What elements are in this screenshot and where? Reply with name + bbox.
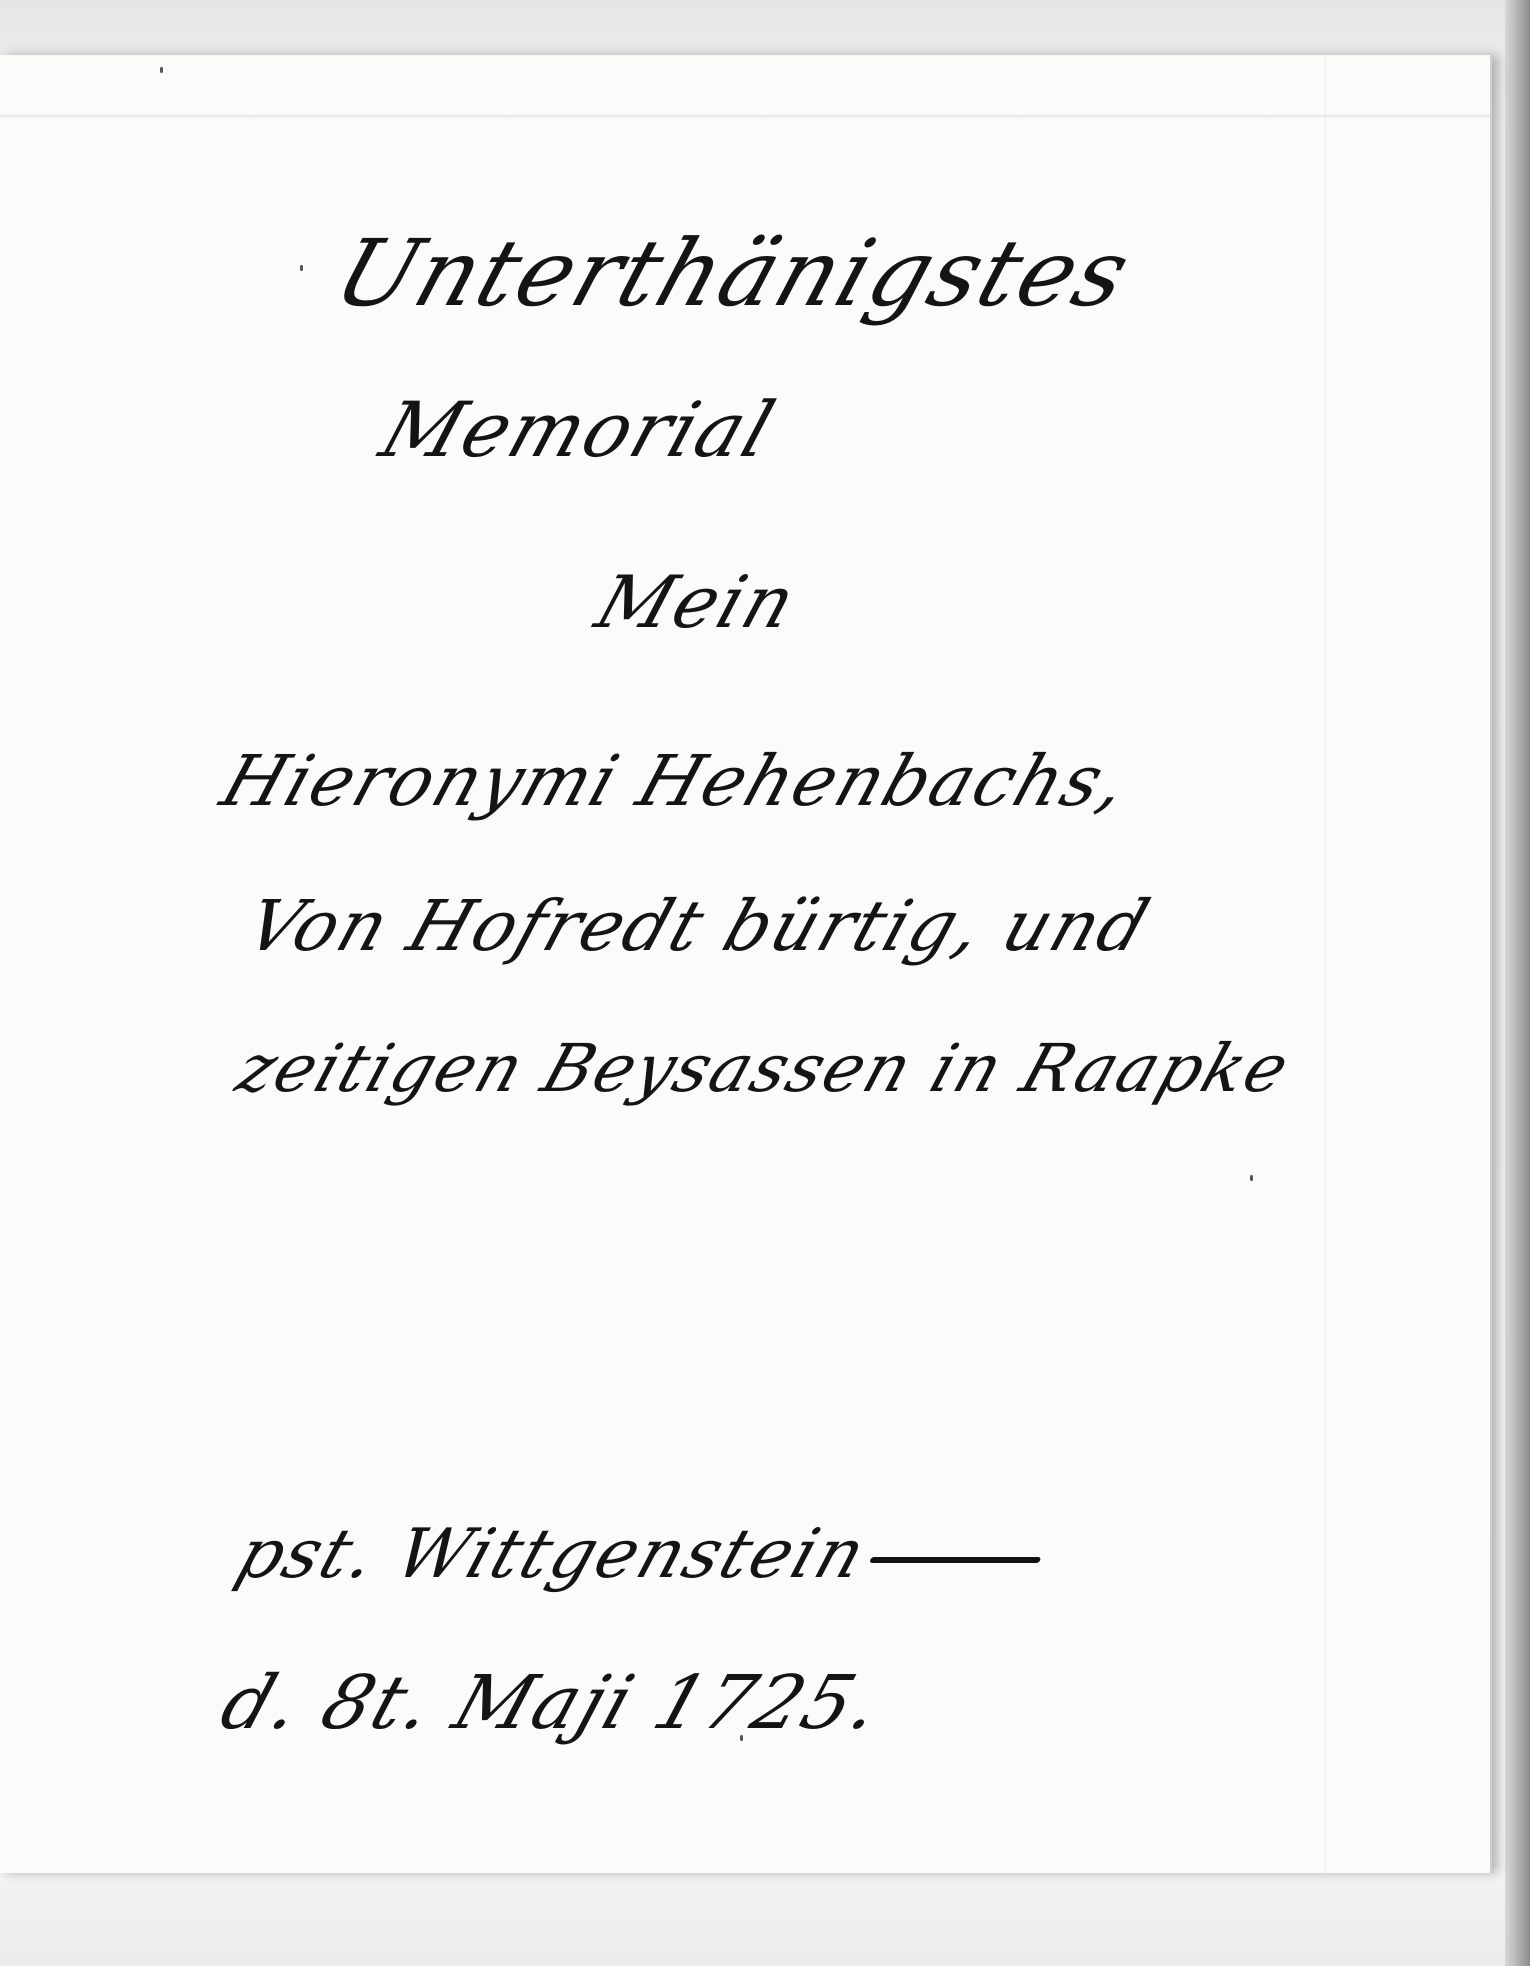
ink-speck bbox=[1250, 1175, 1253, 1181]
presentation-note: pst. Wittgenstein bbox=[227, 1515, 1054, 1594]
title-line-2: Memorial bbox=[371, 385, 787, 474]
text-line-origin: Von Hofredt bürtig, und bbox=[237, 885, 1161, 967]
page-margin-line bbox=[1325, 55, 1326, 1873]
manuscript-page: Unterthänigstes Memorial Mein Hieronymi … bbox=[0, 55, 1492, 1873]
ink-speck bbox=[160, 67, 163, 73]
ink-speck bbox=[740, 1735, 743, 1741]
presentation-note-text: pst. Wittgenstein bbox=[227, 1515, 876, 1594]
date-line: d. 8t. Maji 1725. bbox=[211, 1660, 893, 1746]
text-line-residence: zeitigen Beysassen in Raapke bbox=[227, 1030, 1300, 1107]
ink-speck bbox=[300, 265, 303, 271]
text-line-name: Hieronymi Hehenbachs, bbox=[212, 740, 1140, 822]
text-line-mein: Mein bbox=[586, 560, 807, 644]
paper-fold-line bbox=[0, 115, 1490, 118]
scanner-edge-shadow bbox=[1505, 0, 1530, 1966]
title-line-1: Unterthänigstes bbox=[323, 220, 1144, 327]
flourish-stroke bbox=[869, 1557, 1041, 1563]
